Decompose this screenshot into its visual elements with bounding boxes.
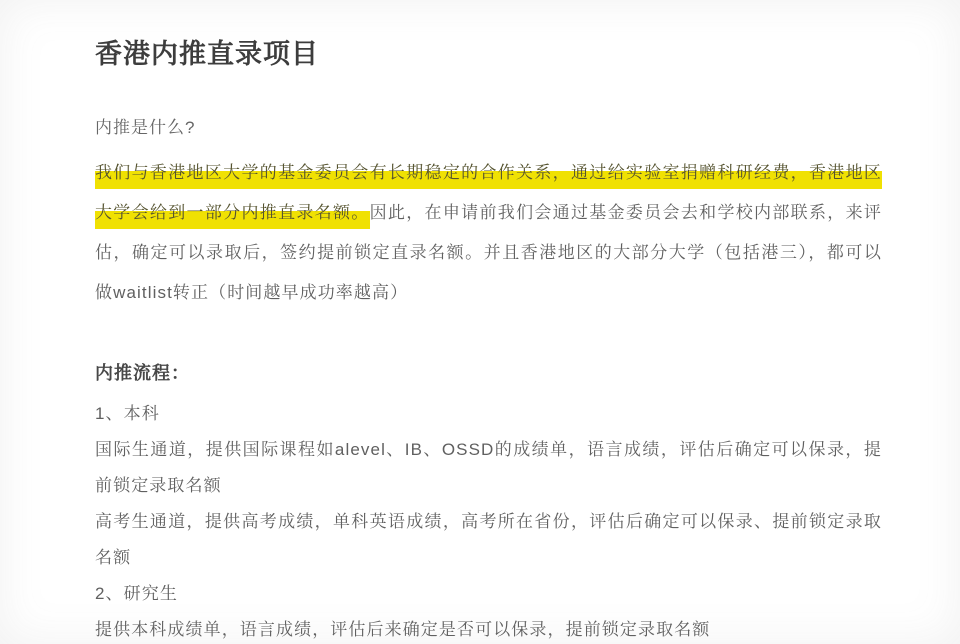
intro-question: 内推是什么? [95,116,882,140]
process-item-gaokao-channel: 高考生通道，提供高考成绩，单科英语成绩，高考所在省份，评估后确定可以保录、提前锁… [95,504,882,576]
document-page: 香港内推直录项目 内推是什么? 我们与香港地区大学的基金委员会有长期稳定的合作关… [0,0,960,644]
intro-paragraph: 我们与香港地区大学的基金委员会有长期稳定的合作关系，通过给实验室捐赠科研经费，香… [95,153,882,313]
process-item-international-channel: 国际生通道，提供国际课程如alevel、IB、OSSD的成绩单，语言成绩，评估后… [95,432,882,504]
process-item-graduate-text: 提供本科成绩单，语言成绩，评估后来确定是否可以保录，提前锁定录取名额 [95,612,882,644]
process-item-graduate-label: 2、研究生 [95,576,882,612]
page-title: 香港内推直录项目 [95,36,882,72]
process-item-undergrad-label: 1、本科 [95,396,882,432]
process-heading: 内推流程： [95,360,882,386]
